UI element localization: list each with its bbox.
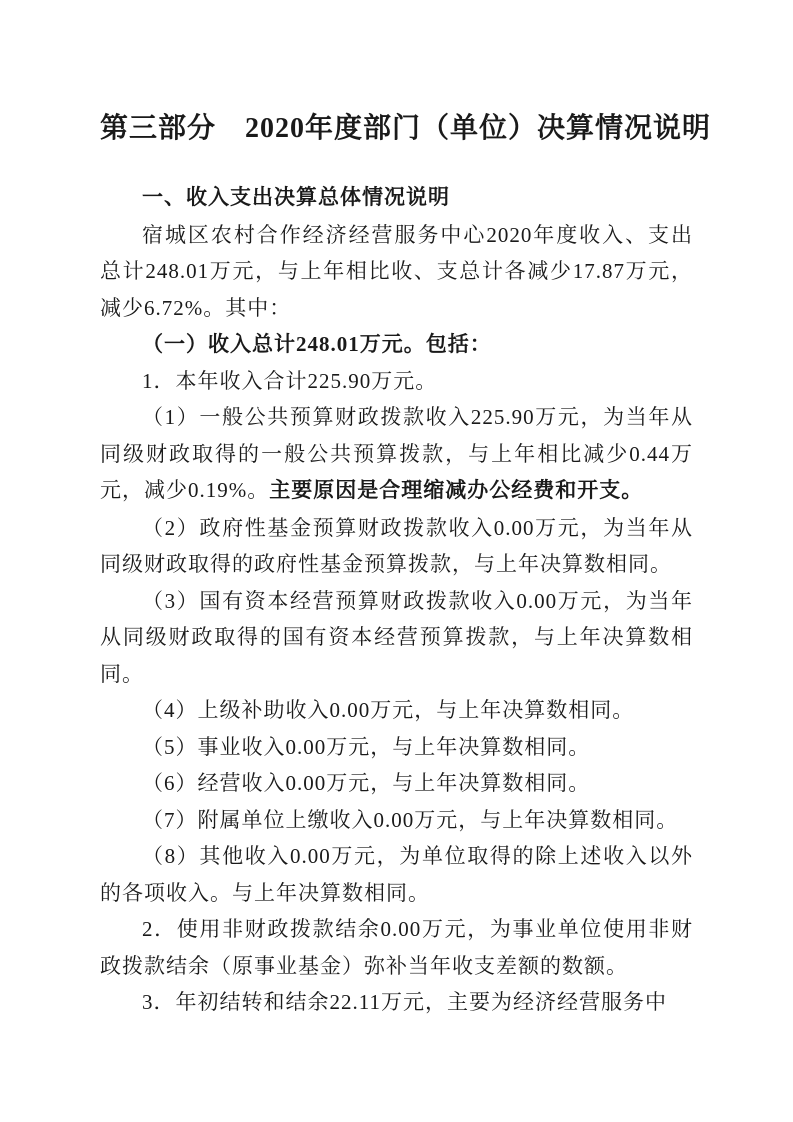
paragraph-general-public-budget-income-emphasis: 主要原因是合理缩减办公经费和开支。 xyxy=(269,479,643,502)
subsection-heading-income-total: （一）收入总计248.01万元。包括： xyxy=(100,326,693,363)
paragraph-state-capital-budget-income: （3）国有资本经营预算财政拨款收入0.00万元，为当年从同级财政取得的国有资本经… xyxy=(100,583,693,693)
paragraph-beginning-balance: 3．年初结转和结余22.11万元，主要为经济经营服务中 xyxy=(100,984,693,1021)
paragraph-non-fiscal-balance: 2．使用非财政拨款结余0.00万元，为事业单位使用非财政拨款结余（原事业基金）弥… xyxy=(100,911,693,984)
paragraph-gov-fund-budget-income: （2）政府性基金预算财政拨款收入0.00万元，为当年从同级财政取得的政府性基金预… xyxy=(100,510,693,583)
paragraph-current-year-income: 1．本年收入合计225.90万元。 xyxy=(100,363,693,400)
paragraph-other-income: （8）其他收入0.00万元，为单位取得的除上述收入以外的各项收入。与上年决算数相… xyxy=(100,838,693,911)
paragraph-general-public-budget-income: （1）一般公共预算财政拨款收入225.90万元，为当年从同级财政取得的一般公共预… xyxy=(100,399,693,510)
paragraph-superior-subsidy-income: （4）上级补助收入0.00万元，与上年决算数相同。 xyxy=(100,692,693,729)
paragraph-affiliated-unit-income: （7）附属单位上缴收入0.00万元，与上年决算数相同。 xyxy=(100,802,693,839)
document-page: 第三部分 2020年度部门（单位）决算情况说明 一、收入支出决算总体情况说明 宿… xyxy=(0,0,793,1122)
paragraph-operating-income: （6）经营收入0.00万元，与上年决算数相同。 xyxy=(100,765,693,802)
section-heading: 一、收入支出决算总体情况说明 xyxy=(100,180,693,217)
document-title: 第三部分 2020年度部门（单位）决算情况说明 xyxy=(100,106,693,152)
paragraph-overview: 宿城区农村合作经济经营服务中心2020年度收入、支出总计248.01万元，与上年… xyxy=(100,217,693,327)
paragraph-business-income: （5）事业收入0.00万元，与上年决算数相同。 xyxy=(100,729,693,766)
